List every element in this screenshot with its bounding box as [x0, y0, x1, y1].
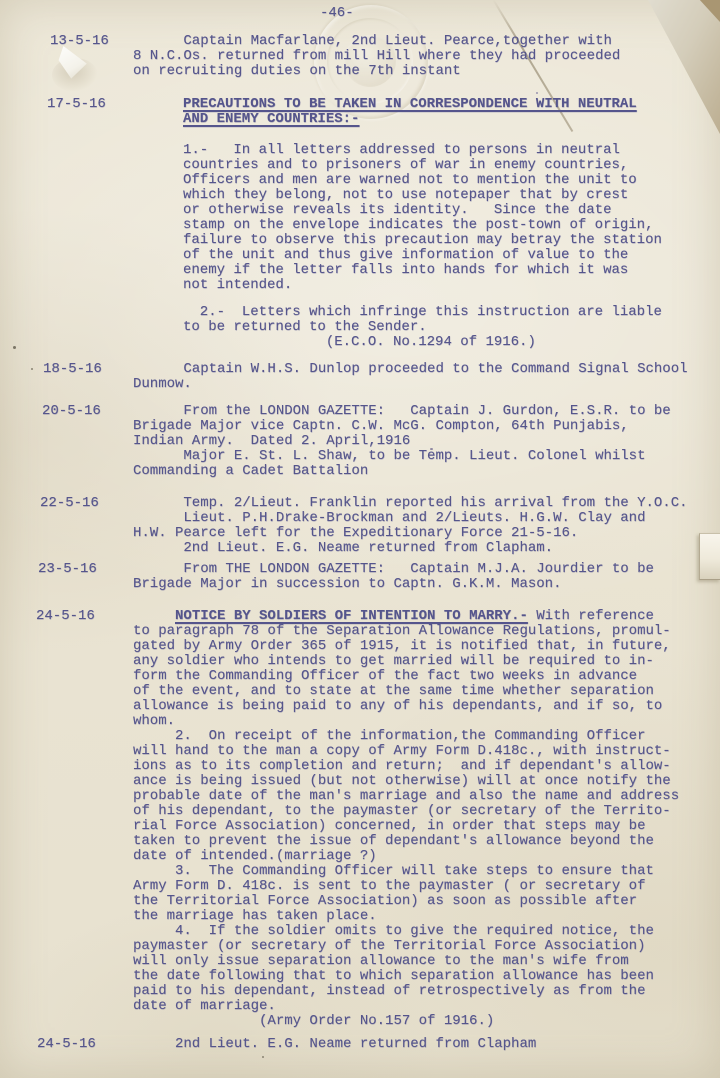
marry-notice-paragraph-2: 2. On receipt of the information,the Com…: [133, 729, 679, 864]
entry-heading: PRECAUTIONS TO BE TAKEN IN CORRESPONDENC…: [183, 97, 662, 127]
marry-notice-paragraph-3: 3. The Commanding Officer will take step…: [133, 864, 679, 924]
entry-paragraph: With reference to paragraph 78 of the Se…: [133, 608, 671, 729]
entry-date: 22-5-16: [40, 496, 99, 511]
entry-body: PRECAUTIONS TO BE TAKEN IN CORRESPONDENC…: [183, 97, 662, 350]
ink-speck: [536, 92, 538, 94]
entry-paragraph: 1.- In all letters addressed to persons …: [183, 143, 662, 293]
entry-date: 24-5-16: [36, 609, 95, 624]
marry-notice-paragraph-4: 4. If the soldier omits to give the requ…: [133, 924, 679, 1014]
ink-speck: [13, 346, 16, 349]
entry-text: Captain W.H.S. Dunlop proceeded to the C…: [133, 362, 688, 392]
entry-date: 17-5-16: [47, 97, 106, 112]
marry-notice-heading: NOTICE BY SOLDIERS OF INTENTION TO MARRY…: [175, 608, 528, 624]
diary-page: -46- 13-5-16 Captain Macfarlane, 2nd Lie…: [0, 0, 720, 1078]
entry-text: 2nd Lieut. E.G. Neame returned from Clap…: [133, 1037, 536, 1052]
entry-body: NOTICE BY SOLDIERS OF INTENTION TO MARRY…: [133, 609, 679, 1029]
entry-text: From the LONDON GAZETTE: Captain J. Gurd…: [133, 404, 671, 479]
paper-tab: [699, 533, 720, 580]
entry-text: Captain Macfarlane, 2nd Lieut. Pearce,to…: [133, 34, 620, 79]
entry-date: 18-5-16: [43, 362, 102, 377]
entry-date: 13-5-16: [50, 34, 109, 49]
entry-paragraph: 2.- Letters which infringe this instruct…: [183, 305, 662, 335]
entry-text: From THE LONDON GAZETTE: Captain M.J.A. …: [133, 562, 654, 592]
ink-speck: [262, 1056, 264, 1058]
page-number: -46-: [320, 6, 354, 21]
ink-speck: [31, 368, 33, 370]
entry-date: 23-5-16: [38, 562, 97, 577]
entry-date: 24-5-16: [37, 1037, 96, 1052]
lead-indent: [133, 608, 175, 624]
order-reference: (E.C.O. No.1294 of 1916.): [183, 335, 662, 350]
entry-date: 20-5-16: [42, 404, 101, 419]
marry-notice-paragraph-1: NOTICE BY SOLDIERS OF INTENTION TO MARRY…: [133, 609, 679, 729]
entry-text: Temp. 2/Lieut. Franklin reported his arr…: [133, 496, 688, 556]
order-reference: (Army Order No.157 of 1916.): [133, 1014, 679, 1029]
